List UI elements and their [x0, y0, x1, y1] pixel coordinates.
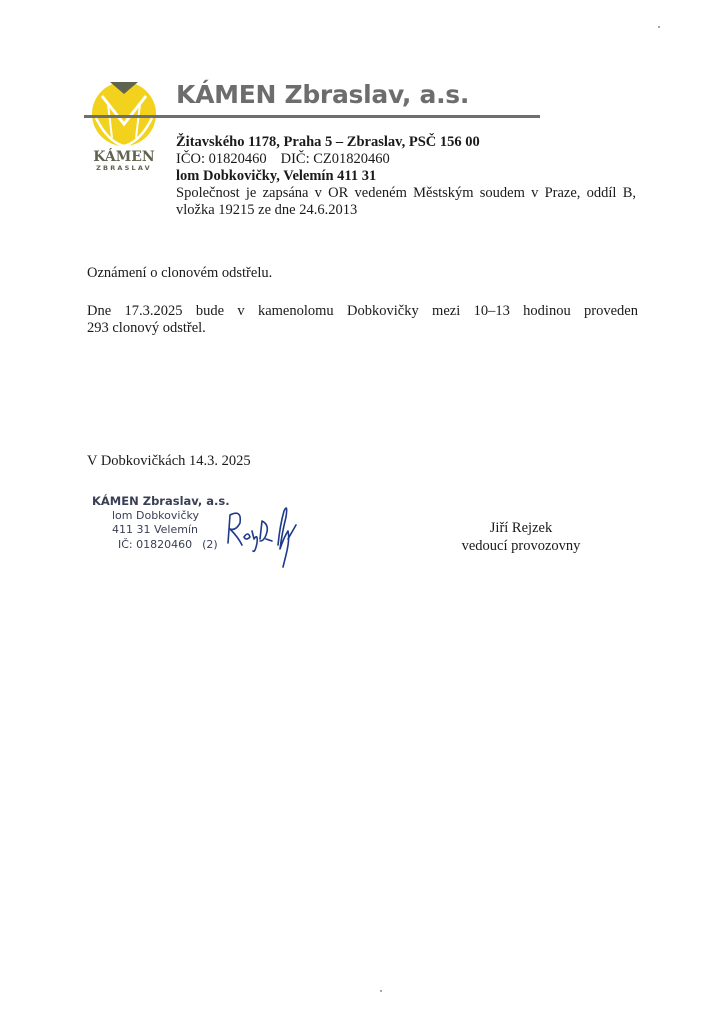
scan-speck	[658, 26, 660, 28]
handwritten-signature-icon	[220, 495, 310, 570]
notice-paragraph-line-2: 293 clonový odstřel.	[87, 319, 206, 337]
notice-paragraph-line-1: Dne 17.3.2025 bude v kamenolomu Dobkovič…	[87, 302, 638, 320]
signer-title: vedoucí provozovny	[458, 537, 584, 555]
company-stamp: KÁMEN Zbraslav, a.s. lom Dobkovičky 411 …	[92, 494, 230, 552]
signature	[220, 495, 310, 570]
company-logo: KÁMEN ZBRASLAV	[88, 80, 160, 172]
svg-text:KÁMEN: KÁMEN	[93, 147, 155, 165]
registration-line-2: vložka 19215 ze dne 24.6.2013	[176, 201, 357, 219]
stamp-number: (2)	[192, 538, 218, 551]
svg-text:ZBRASLAV: ZBRASLAV	[96, 164, 152, 172]
stamp-site: lom Dobkovičky	[92, 509, 230, 524]
company-name: KÁMEN Zbraslav, a.s.	[176, 80, 469, 109]
ico-number: IČO: 01820460	[176, 151, 267, 167]
company-address: Žitavského 1178, Praha 5 – Zbraslav, PSČ…	[176, 133, 480, 151]
stamp-ic: IČ: 01820460	[118, 538, 192, 551]
place-and-date: V Dobkovičkách 14.3. 2025	[87, 452, 251, 470]
signer-name: Jiří Rejzek	[458, 519, 584, 537]
stamp-address: 411 31 Velemín	[92, 523, 230, 538]
dic-number: DIČ: CZ01820460	[281, 151, 390, 167]
signer-block: Jiří Rejzek vedoucí provozovny	[458, 519, 584, 555]
kamen-zbraslav-logo-icon: KÁMEN ZBRASLAV	[88, 80, 160, 172]
scan-speck	[380, 990, 382, 992]
header-divider	[84, 115, 540, 118]
stamp-company: KÁMEN Zbraslav, a.s.	[92, 494, 230, 509]
site-address: lom Dobkovičky, Velemín 411 31	[176, 167, 376, 185]
registration-line-1: Společnost je zapsána v OR vedeném Městs…	[176, 184, 636, 202]
company-ids: IČO: 01820460DIČ: CZ01820460	[176, 150, 390, 168]
stamp-id-row: IČ: 01820460(2)	[92, 538, 230, 553]
letter-subject: Oznámení o clonovém odstřelu.	[87, 264, 272, 282]
